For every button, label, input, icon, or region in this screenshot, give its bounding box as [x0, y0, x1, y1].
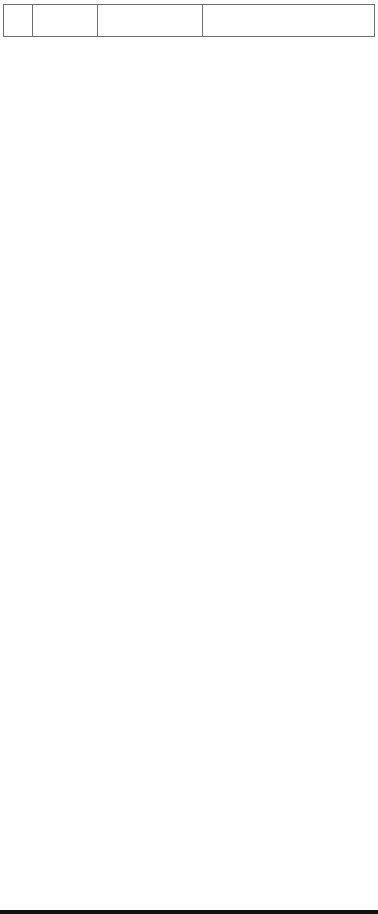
- table-container: [3, 4, 374, 37]
- header-item-name: [98, 5, 203, 37]
- header-content: [203, 5, 375, 37]
- projects-table: [3, 4, 375, 37]
- header-index: [4, 5, 33, 37]
- header-village: [33, 5, 98, 37]
- header-row: [4, 5, 375, 37]
- bottom-border-bar: [0, 910, 378, 914]
